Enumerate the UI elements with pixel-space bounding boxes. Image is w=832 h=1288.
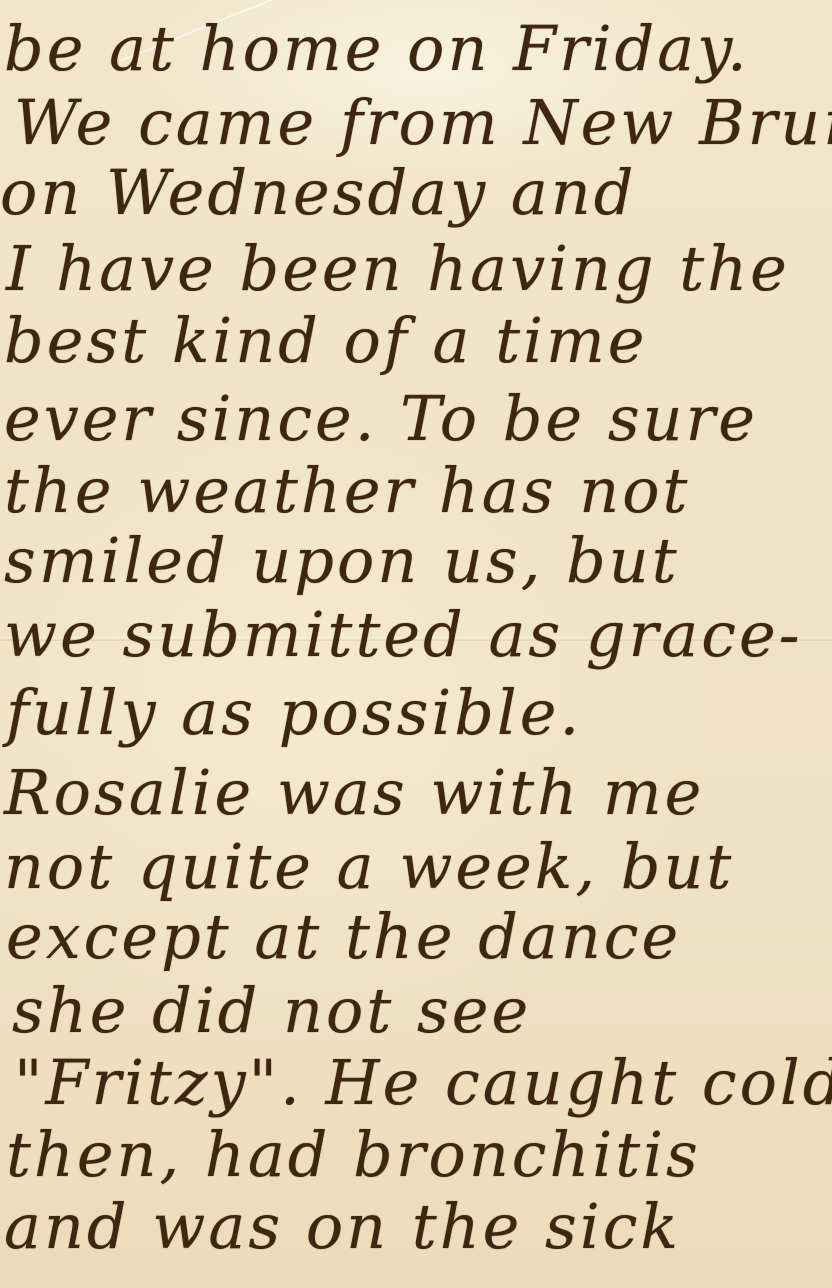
letter-line-15: "Fritzy". He caught cold bbox=[14, 1052, 832, 1114]
letter-line-1: be at home on Friday. bbox=[4, 18, 750, 80]
letter-line-10: fully as possible. bbox=[6, 682, 582, 744]
letter-line-16: then, had bronchitis bbox=[6, 1124, 701, 1186]
letter-page: be at home on Friday. We came from New B… bbox=[0, 0, 832, 1288]
letter-line-5: best kind of a time bbox=[4, 310, 647, 372]
letter-line-2: We came from New Brunswick bbox=[14, 92, 832, 154]
letter-line-4: I have been having the bbox=[6, 238, 790, 300]
letter-line-8: smiled upon us, but bbox=[4, 530, 680, 592]
letter-line-11: Rosalie was with me bbox=[4, 762, 704, 824]
letter-line-17: and was on the sick bbox=[4, 1196, 681, 1258]
letter-line-9: we submitted as grace- bbox=[4, 604, 803, 666]
letter-line-3: on Wednesday and bbox=[0, 162, 636, 224]
letter-line-7: the weather has not bbox=[4, 460, 690, 522]
letter-line-12: not quite a week, but bbox=[4, 836, 734, 898]
letter-line-14: she did not see bbox=[12, 980, 531, 1042]
letter-line-6: ever since. To be sure bbox=[4, 388, 758, 450]
letter-line-13: except at the dance bbox=[6, 906, 681, 968]
